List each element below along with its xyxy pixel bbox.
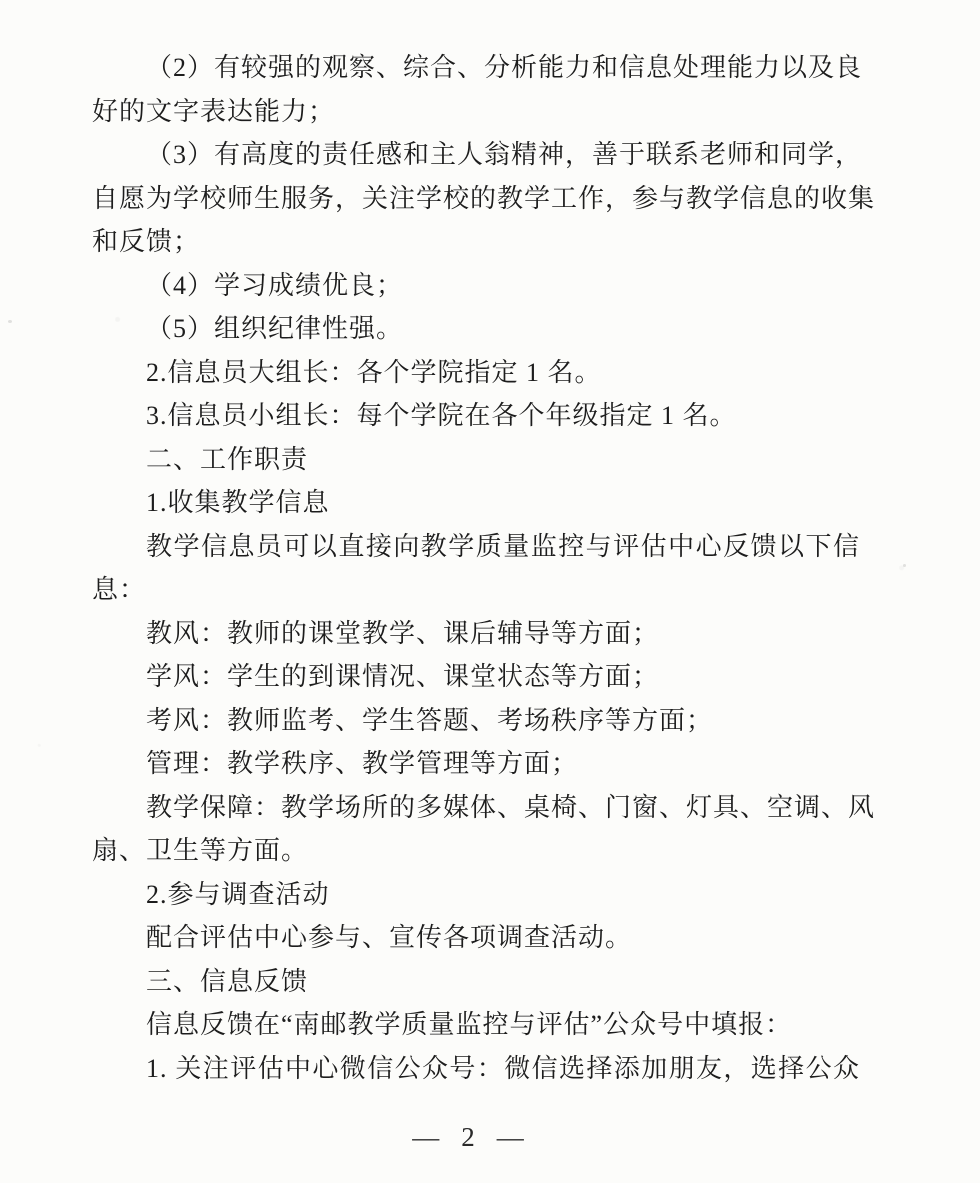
doc-line: （2）有较强的观察、综合、分析能力和信息处理能力以及良 [92,46,860,90]
footer-left-dash: — [412,1122,439,1152]
doc-line: 教学保障：教学场所的多媒体、桌椅、门窗、灯具、空调、风 [92,786,860,830]
doc-line: 息： [92,568,860,612]
doc-line: （3）有高度的责任感和主人翁精神，善于联系老师和同学， [92,133,860,177]
doc-line: 信息反馈在“南邮教学质量监控与评估”公众号中填报： [92,1003,860,1047]
doc-line: 2.信息员大组长：各个学院指定 1 名。 [92,351,860,395]
section-heading: 三、信息反馈 [92,960,860,1004]
doc-line: 自愿为学校师生服务，关注学校的教学工作，参与教学信息的收集 [92,177,860,221]
doc-line: 学风：学生的到课情况、课堂状态等方面； [92,655,860,699]
page-number: 2 [461,1117,475,1157]
doc-line: 1.收集教学信息 [92,481,860,525]
doc-line: 配合评估中心参与、宣传各项调查活动。 [92,916,860,960]
doc-line: 考风：教师监考、学生答题、考场秩序等方面； [92,699,860,743]
doc-line: 3.信息员小组长：每个学院在各个年级指定 1 名。 [92,394,860,438]
document-body: （2）有较强的观察、综合、分析能力和信息处理能力以及良 好的文字表达能力； （3… [92,46,860,1090]
doc-line: （4）学习成绩优良； [92,264,860,308]
doc-line: 扇、卫生等方面。 [92,829,860,873]
doc-line: （5）组织纪律性强。 [92,307,860,351]
doc-line: 管理：教学秩序、教学管理等方面； [92,742,860,786]
footer-right-dash: — [497,1122,524,1152]
doc-line: 好的文字表达能力； [92,90,860,134]
doc-line: 和反馈； [92,220,860,264]
scan-speck [903,564,906,567]
page-footer: —2— [0,1117,936,1157]
document-page: （2）有较强的观察、综合、分析能力和信息处理能力以及良 好的文字表达能力； （3… [0,0,980,1183]
doc-line: 教风：教师的课堂教学、课后辅导等方面； [92,612,860,656]
scan-speck [8,320,12,323]
doc-line: 1. 关注评估中心微信公众号：微信选择添加朋友，选择公众 [92,1047,860,1091]
section-heading: 二、工作职责 [92,438,860,482]
doc-line: 2.参与调查活动 [92,873,860,917]
doc-line: 教学信息员可以直接向教学质量监控与评估中心反馈以下信 [92,525,860,569]
